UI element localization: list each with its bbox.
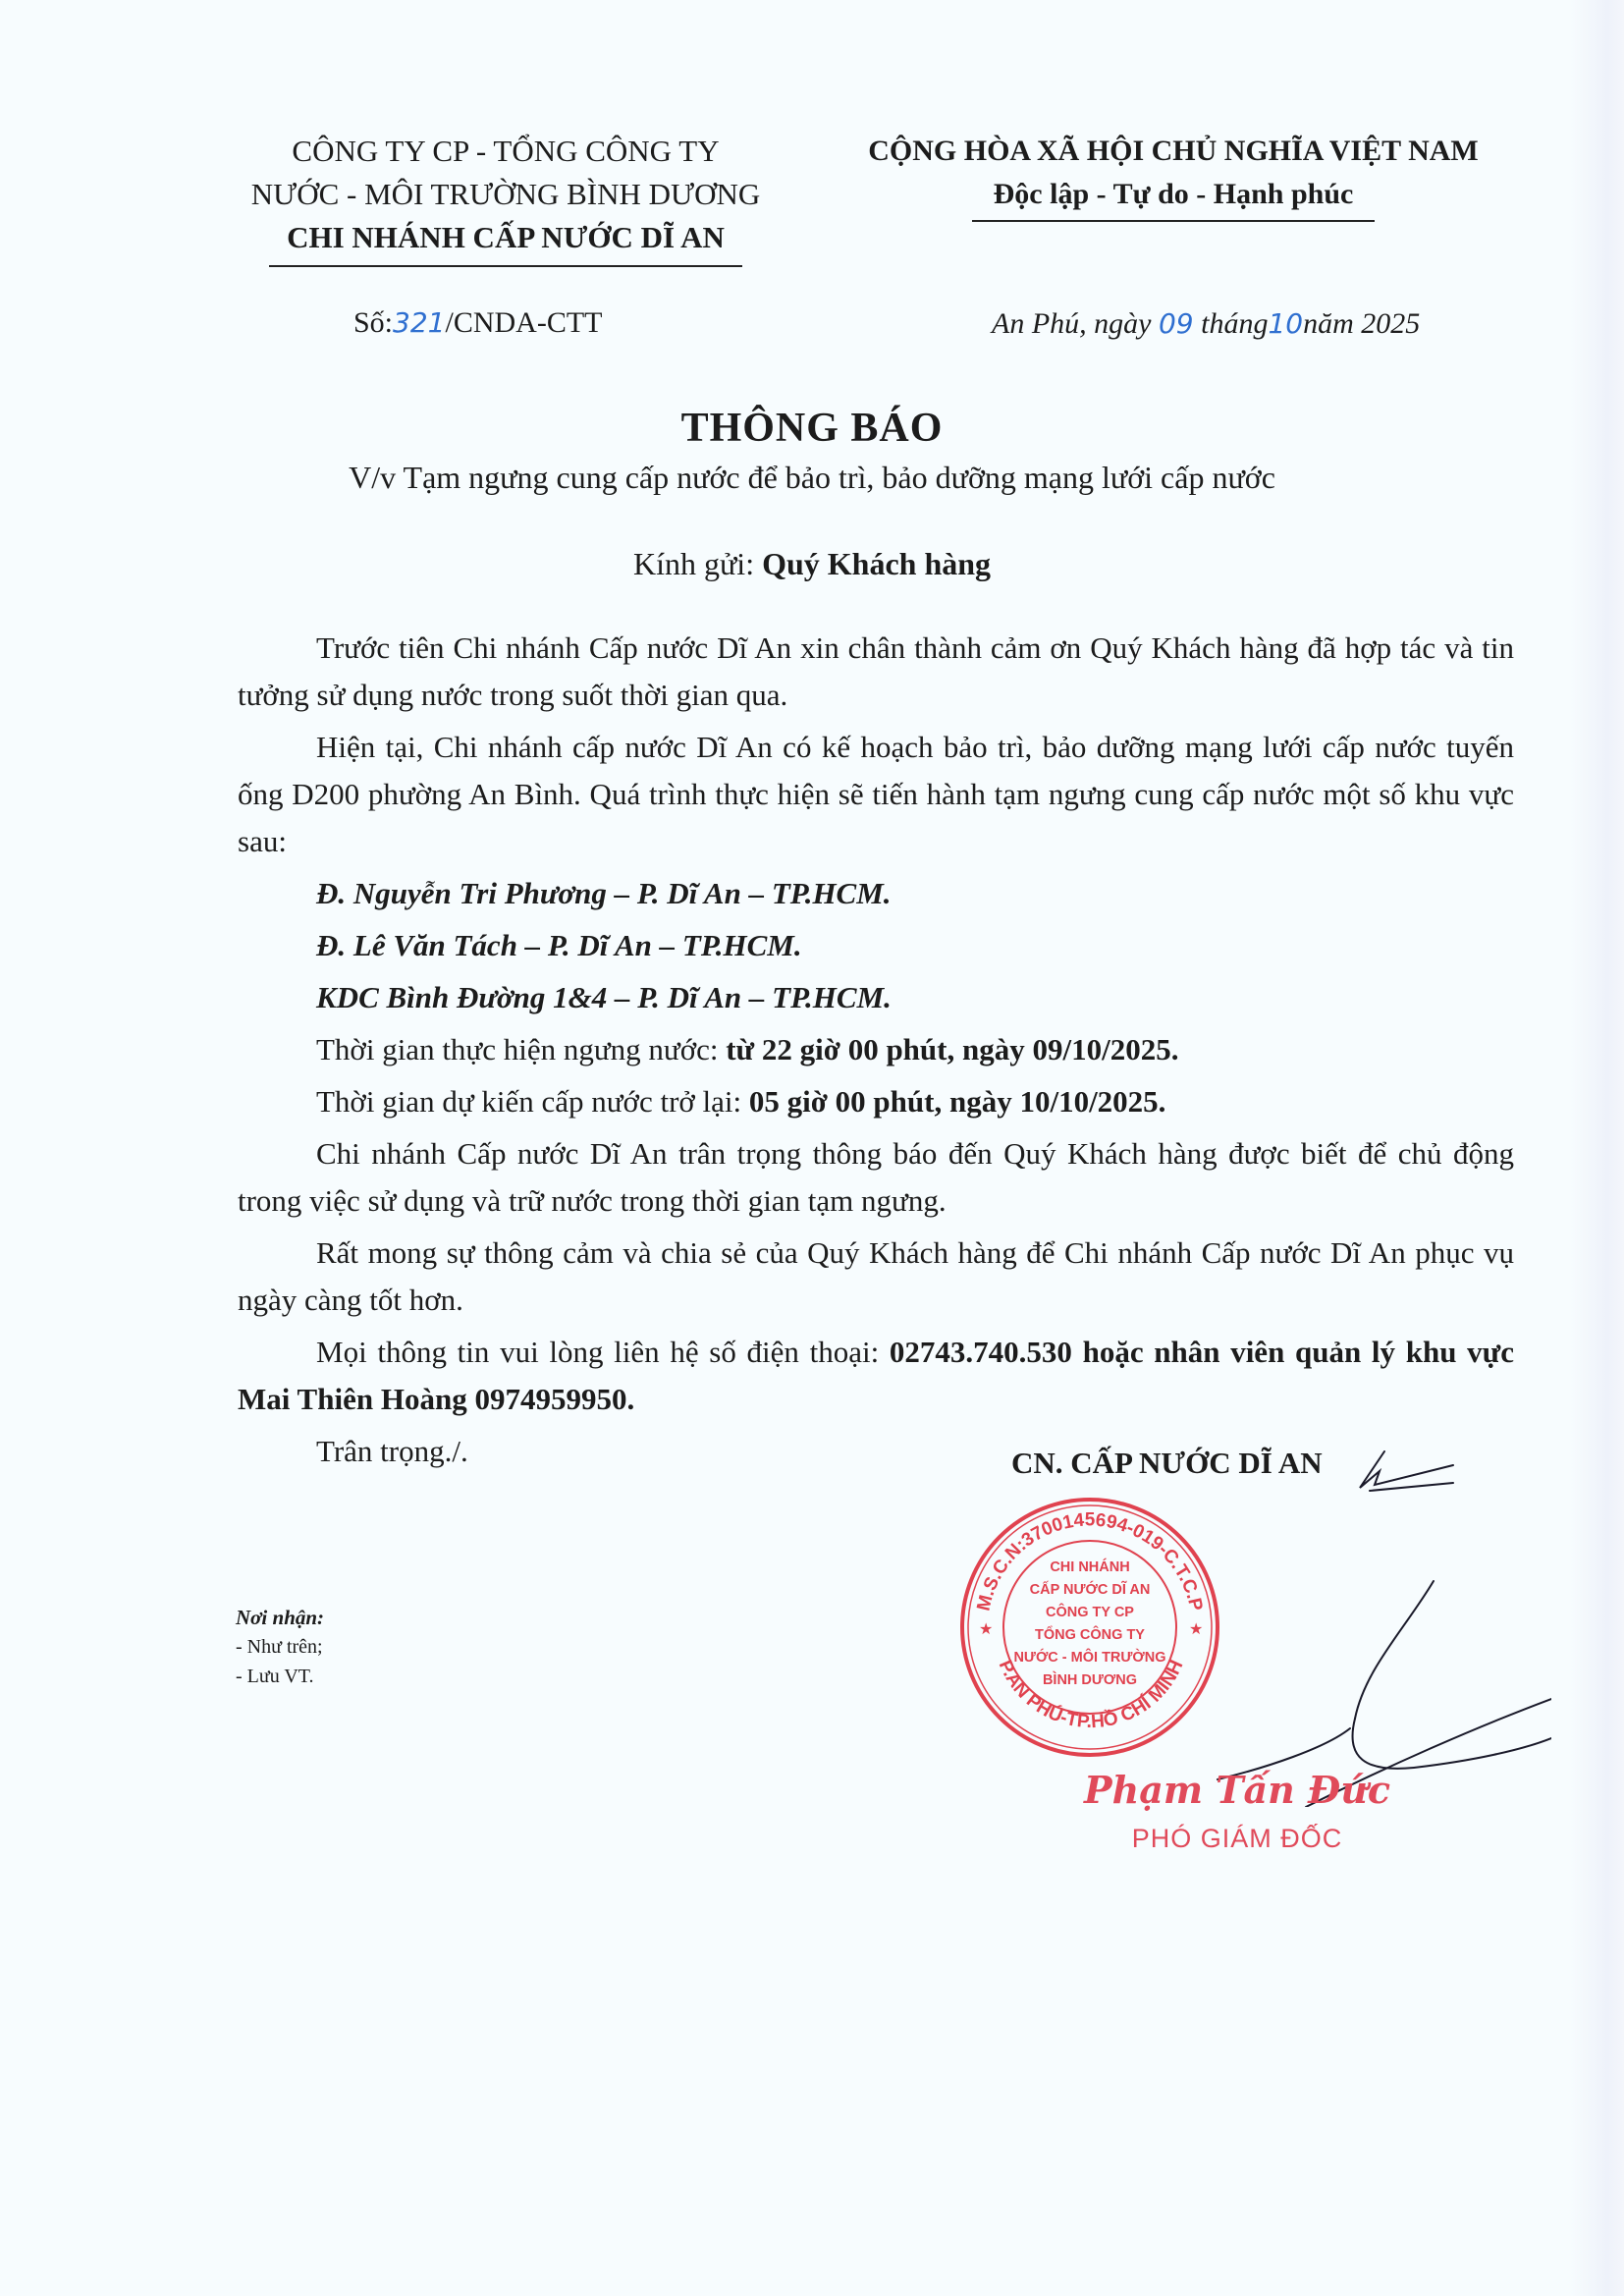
resume-time-label: Thời gian dự kiến cấp nước trở lại:	[316, 1084, 749, 1119]
date-year: năm 2025	[1303, 307, 1420, 340]
stop-time: Thời gian thực hiện ngưng nước: từ 22 gi…	[238, 1026, 1514, 1073]
seal-center-line: BÌNH DƯƠNG	[1043, 1671, 1137, 1688]
motto-underline	[972, 220, 1375, 222]
body-paragraph-apology: Rất mong sự thông cảm và chia sẻ của Quý…	[238, 1230, 1514, 1324]
stop-time-label: Thời gian thực hiện ngưng nước:	[316, 1032, 726, 1066]
affected-area: Đ. Lê Văn Tách – P. Dĩ An – TP.HCM.	[238, 922, 1514, 969]
seal-center-line: TỔNG CÔNG TY	[1035, 1625, 1145, 1643]
issuer-branch-name: CHI NHÁNH CẤP NƯỚC DĨ AN	[211, 216, 800, 259]
issuer-parent-line2: NƯỚC - MÔI TRƯỜNG BÌNH DƯƠNG	[211, 173, 800, 216]
salutation: Kính gửi: Quý Khách hàng	[0, 546, 1624, 582]
date-month: 10	[1268, 307, 1303, 340]
document-title: THÔNG BÁO	[0, 405, 1624, 452]
distribution-label: Nơi nhận:	[236, 1603, 324, 1632]
seal-center-line: CẤP NƯỚC DĨ AN	[1030, 1580, 1151, 1598]
affected-area: Đ. Nguyễn Tri Phương – P. Dĩ An – TP.HCM…	[238, 870, 1514, 917]
salutation-label: Kính gửi:	[633, 546, 762, 581]
affected-area: KDC Bình Đường 1&4 – P. Dĩ An – TP.HCM.	[238, 974, 1514, 1021]
contact-info: Mọi thông tin vui lòng liên hệ số điện t…	[238, 1329, 1514, 1423]
national-title: CỘNG HÒA XÃ HỘI CHỦ NGHĨA VIỆT NAM	[815, 130, 1532, 173]
scan-edge-shadow	[1570, 0, 1624, 2296]
issuer-header: CÔNG TY CP - TỔNG CÔNG TY NƯỚC - MÔI TRƯ…	[211, 130, 800, 267]
document-body: Trước tiên Chi nhánh Cấp nước Dĩ An xin …	[238, 625, 1514, 1480]
national-motto: Độc lập - Tự do - Hạnh phúc	[815, 173, 1532, 216]
doc-number-suffix: /CNDA-CTT	[445, 306, 602, 339]
distribution-item: - Lưu VT.	[236, 1662, 324, 1691]
date-place: An Phú, ngày	[992, 307, 1159, 340]
issuer-underline	[269, 265, 742, 267]
seal-star-icon: ★	[979, 1621, 993, 1638]
national-header: CỘNG HÒA XÃ HỘI CHỦ NGHĨA VIỆT NAM Độc l…	[815, 130, 1532, 222]
contact-label: Mọi thông tin vui lòng liên hệ số điện t…	[316, 1335, 890, 1369]
signer-title: PHÓ GIÁM ĐỐC	[1080, 1824, 1394, 1854]
resume-time-value: 05 giờ 00 phút, ngày 10/10/2025.	[749, 1084, 1166, 1119]
body-paragraph-plan: Hiện tại, Chi nhánh cấp nước Dĩ An có kế…	[238, 724, 1514, 865]
signer-name: Phạm Tấn Đức	[1080, 1768, 1394, 1812]
doc-number-prefix: Số:	[353, 306, 393, 339]
resume-time: Thời gian dự kiến cấp nước trở lại: 05 g…	[238, 1078, 1514, 1125]
document-number: Số:321/CNDA-CTT	[353, 306, 602, 340]
distribution-list: Nơi nhận: - Như trên; - Lưu VT.	[236, 1603, 324, 1691]
date-month-label: tháng	[1194, 307, 1269, 340]
handwritten-signature	[1159, 1434, 1551, 1807]
distribution-item: - Như trên;	[236, 1632, 324, 1662]
issuer-parent-line1: CÔNG TY CP - TỔNG CÔNG TY	[211, 130, 800, 173]
document-subject: V/v Tạm ngưng cung cấp nước để bảo trì, …	[0, 460, 1624, 496]
salutation-recipient: Quý Khách hàng	[762, 546, 991, 581]
stop-time-value: từ 22 giờ 00 phút, ngày 09/10/2025.	[726, 1032, 1178, 1066]
seal-center-line: CHI NHÁNH	[1050, 1558, 1129, 1575]
body-paragraph-thanks: Trước tiên Chi nhánh Cấp nước Dĩ An xin …	[238, 625, 1514, 719]
body-paragraph-notice: Chi nhánh Cấp nước Dĩ An trân trọng thôn…	[238, 1130, 1514, 1225]
issue-date: An Phú, ngày 09 tháng10năm 2025	[992, 307, 1420, 341]
seal-center-line: NƯỚC - MÔI TRƯỜNG	[1013, 1648, 1165, 1666]
doc-number-handwritten: 321	[393, 306, 445, 339]
date-day: 09	[1159, 307, 1194, 340]
seal-center-line: CÔNG TY CP	[1046, 1603, 1134, 1620]
